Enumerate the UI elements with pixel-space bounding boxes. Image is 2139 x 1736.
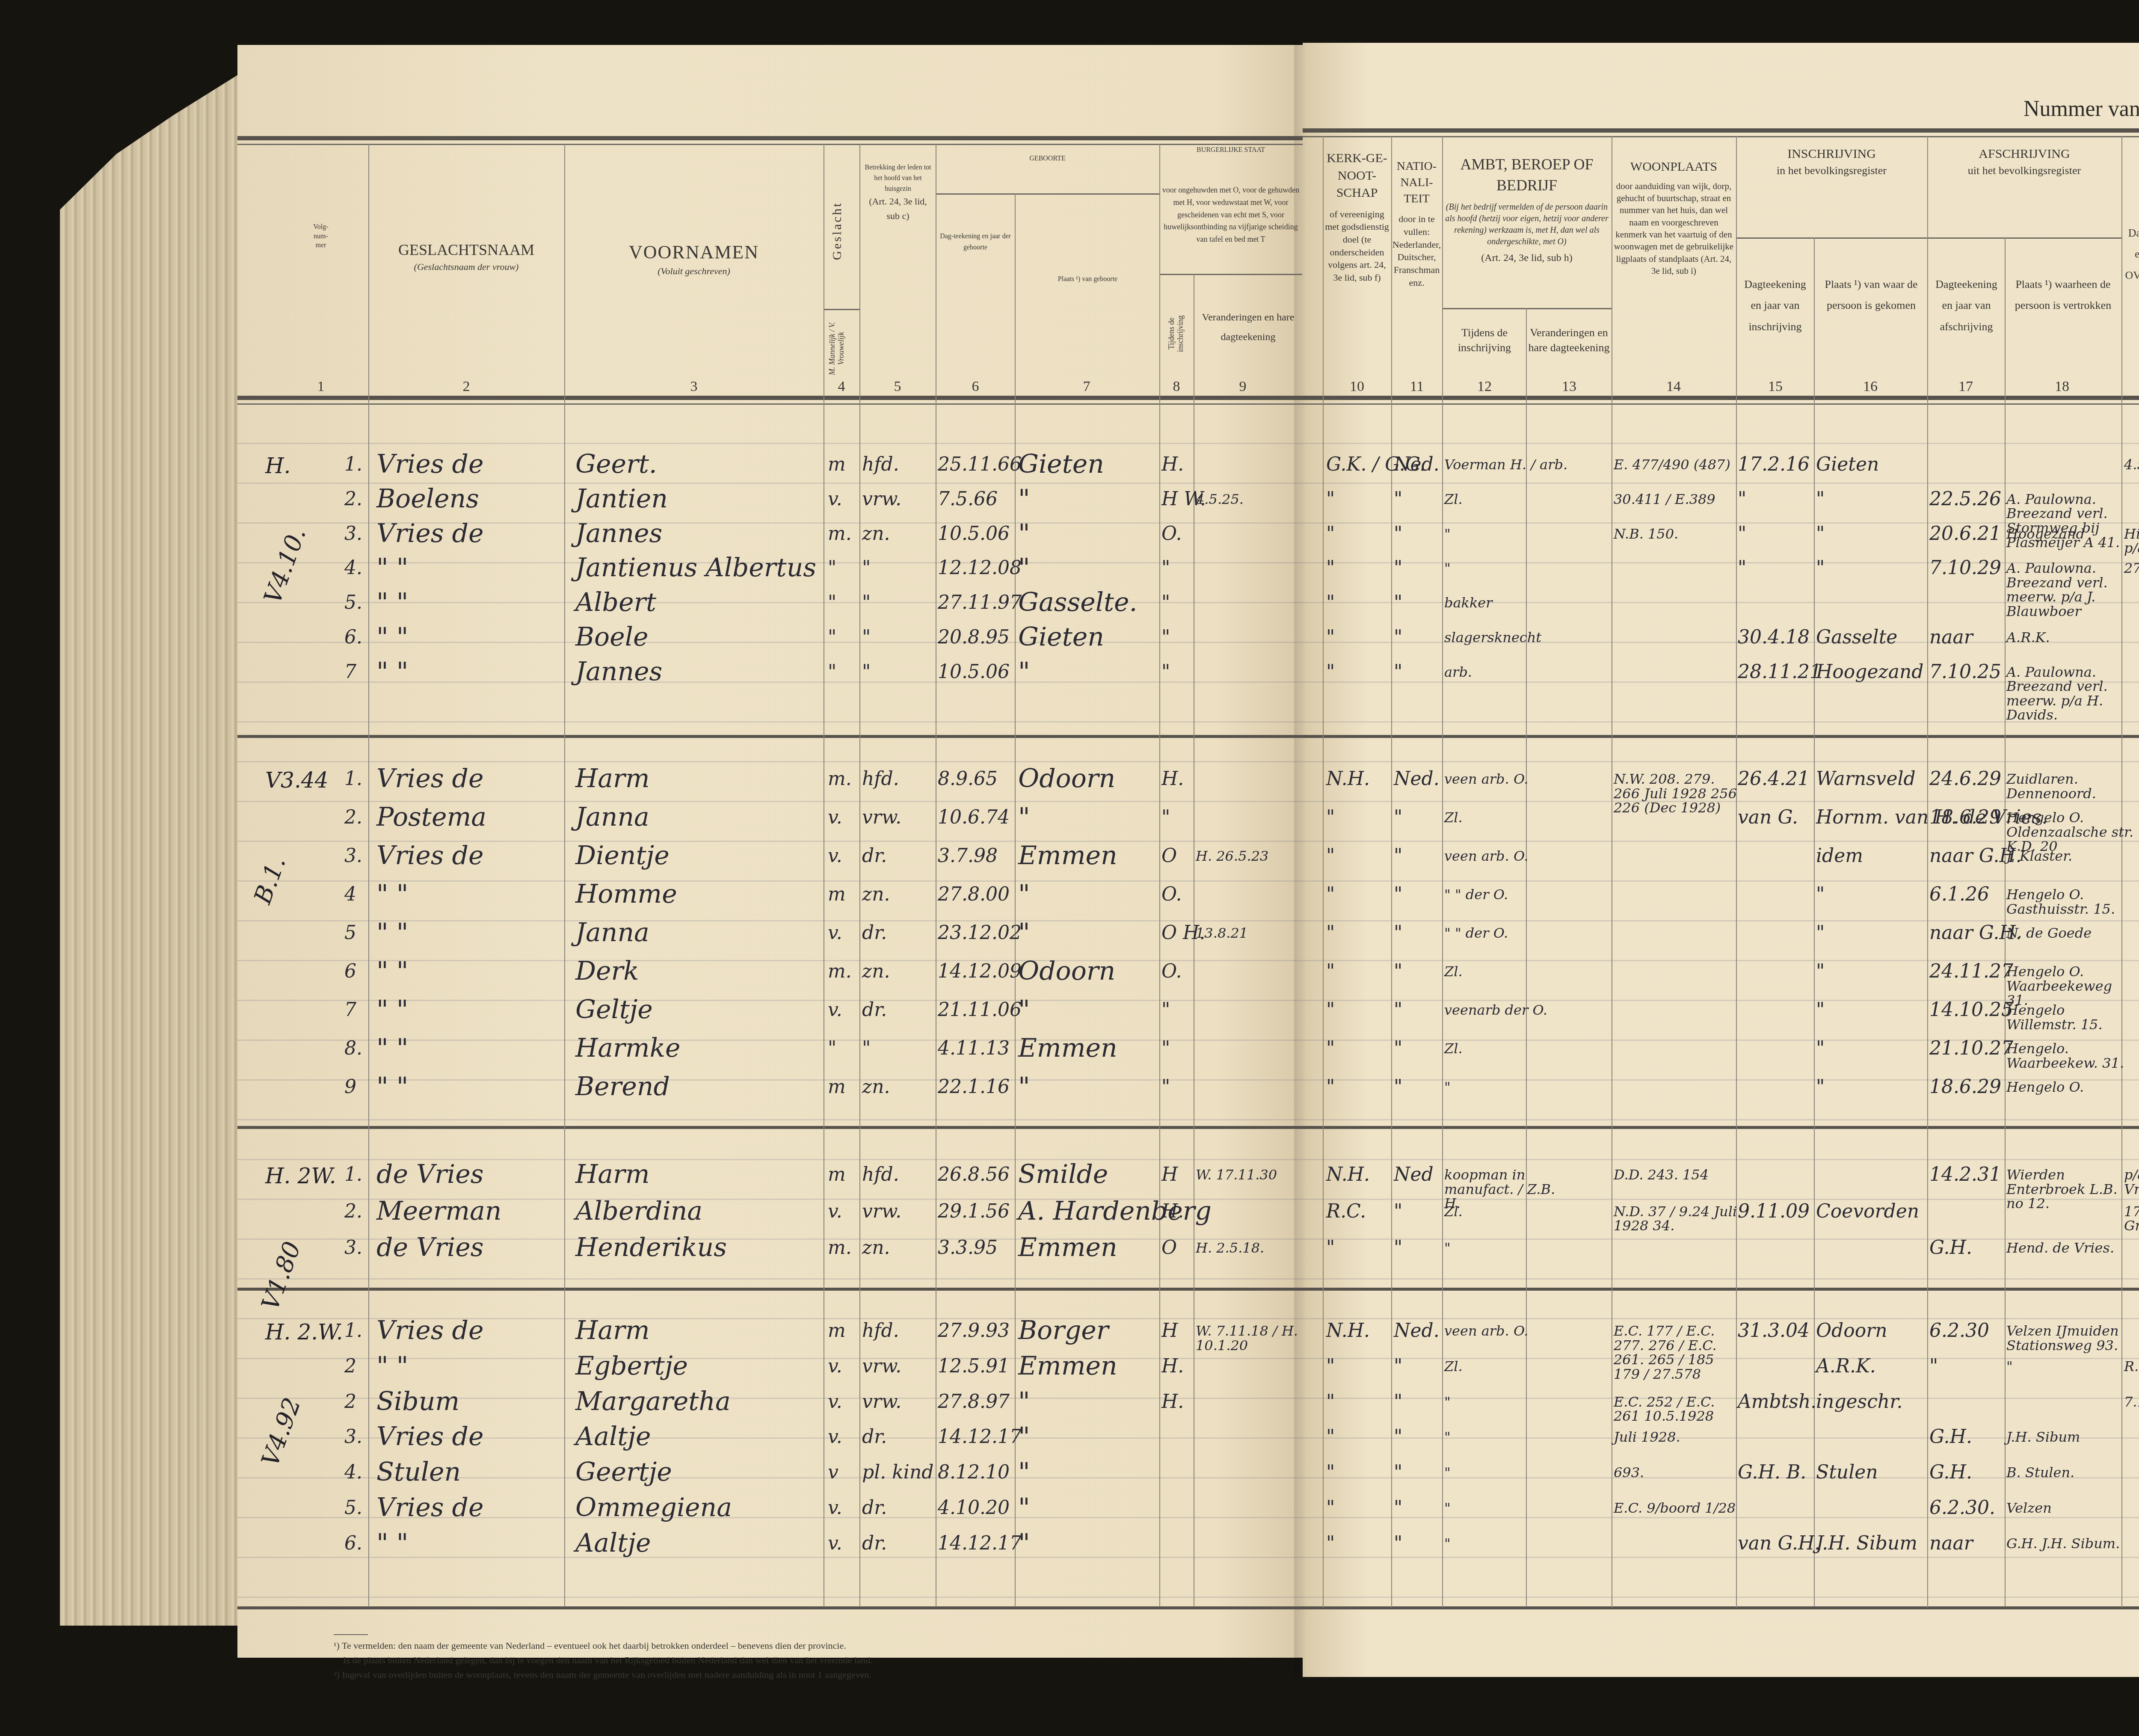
cell-surname: Stulen — [376, 1457, 461, 1487]
cell-afs-date: G.H. — [1929, 1426, 1972, 1448]
cell-relation: dr. — [862, 999, 887, 1021]
cell-surname: " " — [376, 553, 408, 583]
cell-relation: zn. — [862, 883, 890, 905]
cell-death: 4.5.25 — [2124, 458, 2139, 472]
cell-residence: N.D. 37 / 9.24 Juli 1928 34. — [1614, 1205, 1742, 1233]
cell-civil: " — [1161, 592, 1170, 613]
cell-surname: Vries de — [376, 841, 484, 871]
cell-civil: O. — [1161, 883, 1182, 905]
cell-nr: 6. — [344, 626, 362, 648]
cell-given: Jantienus Albertus — [575, 553, 816, 583]
cell-occupation: " — [1444, 1501, 1451, 1516]
cell-church: " — [1326, 488, 1335, 510]
cell-birth-place: " — [1018, 1072, 1030, 1102]
cell-occupation: Zl. — [1444, 1360, 1463, 1374]
col-line — [1391, 136, 1392, 1608]
cell-church: " — [1326, 523, 1335, 545]
col-number: 6 — [954, 379, 997, 395]
page-stack-edge — [60, 68, 248, 1626]
cell-residence: Juli 1928. — [1614, 1430, 1680, 1445]
cell-occupation: " — [1444, 1466, 1451, 1480]
cell-nationality: " — [1394, 1426, 1402, 1448]
header-top-rule — [237, 136, 1303, 140]
cell-church: " — [1326, 806, 1335, 828]
cell-surname: Boelens — [376, 484, 479, 514]
cell-birth-date: 27.9.93 — [938, 1320, 1010, 1342]
cell-afs-place: Hend. de Vries. — [2006, 1241, 2114, 1256]
cell-afs-place: J.H. Sibum — [2006, 1430, 2080, 1445]
cell-given: Berend — [575, 1072, 670, 1102]
cell-afs-place: Hengelo O. — [2006, 1080, 2084, 1095]
cell-occupation: veenarb der O. — [1444, 1003, 1547, 1018]
cell-given: Harm — [575, 1159, 650, 1189]
cell-given: Henderikus — [575, 1232, 727, 1262]
cell-afs-date: 18.6.29 — [1929, 1076, 2001, 1098]
cell-afs-place: Hengelo O. Oldenzaalsche str. K.D. 20 — [2006, 811, 2135, 854]
cell-nationality: " — [1394, 626, 1402, 648]
cell-ins-date: van G.H. — [1738, 1532, 1820, 1554]
cell-birth-date: 8.9.65 — [938, 768, 998, 790]
cell-surname: " " — [376, 1033, 408, 1063]
cell-sex: " — [828, 557, 836, 579]
cell-nr: 5. — [344, 1497, 362, 1519]
cell-sex: v. — [828, 1426, 842, 1448]
cell-occupation: veen arb. O. — [1444, 772, 1528, 787]
cell-surname: Vries de — [376, 764, 484, 794]
cell-birth-date: 3.3.95 — [938, 1237, 998, 1259]
cell-nr: 3. — [344, 1426, 362, 1448]
cell-surname: Vries de — [376, 1493, 484, 1523]
cell-afs-place: J. Klaster. — [2006, 849, 2072, 864]
cell-relation: zn. — [862, 1076, 890, 1098]
cell-nr: 2. — [344, 1200, 362, 1222]
sheet-number-label: Nummer van het blad — [2023, 96, 2139, 121]
cell-nr: 1. — [344, 1320, 362, 1342]
cell-afs-date: G.H. — [1929, 1461, 1972, 1483]
cell-ins-date: Ambtsh. — [1738, 1391, 1816, 1413]
cell-residence: 693. — [1614, 1466, 1644, 1480]
cell-church: " — [1326, 661, 1335, 683]
cell-relation: dr. — [862, 845, 887, 867]
cell-birth-date: 20.8.95 — [938, 626, 1010, 648]
cell-ins-date: 30.4.18 — [1738, 626, 1810, 648]
cell-given: Jannes — [575, 657, 662, 687]
cell-nationality: " — [1394, 960, 1402, 982]
cell-sex: v. — [828, 1532, 842, 1554]
header-top-rule-right — [1303, 128, 2139, 133]
cell-relation: vrw. — [862, 1355, 901, 1377]
cell-birth-place: " — [1018, 802, 1030, 832]
cell-church: " — [1326, 1237, 1335, 1259]
col5-header: Betrekking der leden tot het hoofd van h… — [862, 163, 934, 224]
col15-header: Dagteekening en jaar van inschrijving — [1738, 274, 1813, 337]
cell-sex: m. — [828, 523, 852, 545]
cell-given: Janna — [575, 802, 649, 832]
cell-nationality: " — [1394, 1200, 1402, 1222]
cell-nr: 1. — [344, 768, 362, 790]
cell-ins-place: " — [1816, 523, 1825, 545]
burgerlijke-staat-group-header: BURGERLIJKE STAAT — [1160, 145, 1301, 155]
cell-ins-place: " — [1816, 1037, 1825, 1059]
cell-relation: hfd. — [862, 1320, 899, 1342]
cell-afs-place: Hengelo O. Waarbeekeweg 31. — [2006, 965, 2135, 1008]
cell-death: 17.11.30 Groningen — [2124, 1205, 2139, 1233]
cell-nr: 2. — [344, 806, 362, 828]
cell-afs-place: Hoogezand — [2006, 527, 2085, 542]
cell-given: Jannes — [575, 518, 662, 548]
cell-occupation: " — [1444, 1395, 1451, 1410]
cell-given: Albert — [575, 587, 656, 617]
cell-nr: 7 — [344, 661, 356, 683]
cell-birth-date: 3.7.98 — [938, 845, 998, 867]
cell-relation: hfd. — [862, 453, 899, 475]
cell-nr: 2 — [344, 1355, 356, 1377]
cell-afs-date: naar — [1929, 626, 1973, 648]
cell-afs-place: Velzen — [2006, 1501, 2052, 1516]
cell-given: Harmke — [575, 1033, 681, 1063]
cell-ins-date: 9.11.09 — [1738, 1200, 1810, 1222]
cell-surname: " " — [376, 622, 408, 652]
cell-nationality: " — [1394, 1237, 1402, 1259]
cell-relation: dr. — [862, 922, 887, 944]
cell-sex: v. — [828, 1355, 842, 1377]
cell-church: " — [1326, 1037, 1335, 1059]
cell-birth-date: 14.12.17 — [938, 1426, 1022, 1448]
cell-birth-date: 26.8.56 — [938, 1164, 1010, 1185]
cell-sex: " — [828, 661, 836, 683]
cell-ins-date: 17.2.16 — [1738, 453, 1810, 475]
cell-ins-place: " — [1816, 999, 1825, 1021]
col-line — [1612, 136, 1612, 1608]
cell-nationality: " — [1394, 1461, 1402, 1483]
inschrijving-group-rule — [1736, 237, 1927, 239]
cell-church: " — [1326, 1391, 1335, 1413]
cell-birth-place: " — [1018, 657, 1030, 687]
cell-nr: 6 — [344, 960, 356, 982]
cell-relation: " — [862, 626, 871, 648]
col-line — [824, 144, 824, 1607]
geboorte-group-rule — [936, 193, 1159, 195]
cell-afs-date: 14.10.25 — [1929, 999, 2013, 1021]
cell-civil: " — [1161, 557, 1170, 579]
geboorte-group-header: GEBOORTE — [936, 154, 1159, 163]
cell-afs-date: 21.10.27 — [1929, 1037, 2013, 1059]
cell-ins-place: Coevorden — [1816, 1200, 1919, 1222]
cell-occupation: arb. — [1444, 665, 1472, 680]
col-line — [368, 144, 369, 1607]
cell-afs-date: 14.2.31 — [1929, 1164, 2001, 1185]
cell-birth-date: 7.5.66 — [938, 488, 998, 510]
cell-occupation: Zl. — [1444, 492, 1463, 507]
table-bottom-rule — [237, 1606, 2139, 1609]
col-number: 2 — [445, 379, 488, 395]
cell-church: N.H. — [1326, 1164, 1370, 1185]
family-margin-note: H. 2W. — [265, 1164, 336, 1188]
cell-residence: E.C. 252 / E.C. 261 10.5.1928 — [1614, 1395, 1742, 1424]
cell-afs-date: naar — [1929, 1532, 1973, 1554]
cell-civil: O. — [1161, 523, 1182, 545]
footnote-2: ²) Ingeval van overlijden buiten de woon… — [334, 1668, 873, 1682]
cell-afs-place: A. Paulowna. Breezand verl. meerw. p/a J… — [2006, 561, 2135, 619]
cell-civil: H — [1161, 1320, 1178, 1342]
col-line — [1736, 136, 1737, 1608]
cell-birth-place: " — [1018, 1386, 1030, 1416]
cell-afs-date: 18.6.29 — [1929, 806, 2001, 828]
cell-afs-place: G.H. J.H. Sibum. — [2006, 1537, 2120, 1551]
cell-ins-place: " — [1816, 922, 1825, 944]
cell-nationality: " — [1394, 1391, 1402, 1413]
cell-residence: N.B. 150. — [1614, 527, 1678, 542]
cell-given: Derk — [575, 956, 639, 986]
col11-header: NATIO-NALI-TEIT door in te vullen: Neder… — [1392, 158, 1441, 289]
header-top-rule-right-thin — [1303, 136, 2139, 137]
ambt-group-rule — [1442, 308, 1612, 309]
cell-death: R.v.A — [2124, 1360, 2139, 1374]
cell-birth-place: Emmen — [1018, 1232, 1117, 1262]
cell-birth-place: " — [1018, 1493, 1030, 1523]
cell-relation: pl. kind — [862, 1461, 933, 1483]
footnote-1: ¹) Te vermelden: den naam der gemeente v… — [334, 1638, 873, 1653]
cell-ins-place: Warnsveld — [1816, 768, 1916, 790]
col4-header: Geslacht — [830, 167, 844, 295]
cell-residence: D.D. 243. 154 — [1614, 1168, 1709, 1182]
col-number: 5 — [876, 379, 919, 395]
cell-occupation: bakker — [1444, 596, 1493, 610]
cell-birth-date: 4.10.20 — [938, 1497, 1010, 1519]
cell-occupation: slagersknecht — [1444, 631, 1541, 645]
cell-ins-place: " — [1816, 1076, 1825, 1098]
cell-ins-place: A.R.K. — [1816, 1355, 1876, 1377]
col-number: 10 — [1336, 379, 1378, 395]
cell-surname: " " — [376, 657, 408, 687]
cell-nationality: Ned. — [1394, 1320, 1440, 1342]
cell-civil: " — [1161, 1076, 1170, 1098]
cell-church: " — [1326, 1532, 1335, 1554]
cell-relation: dr. — [862, 1532, 887, 1554]
cell-nationality: " — [1394, 592, 1402, 613]
cell-ins-date: " — [1738, 523, 1746, 545]
cell-civil: H. — [1161, 1391, 1184, 1413]
cell-civil-change: W. 17.11.30 — [1196, 1168, 1277, 1182]
col-line — [1015, 193, 1016, 1607]
cell-sex: v — [828, 1461, 838, 1483]
cell-death: 27.3.18. — [2124, 561, 2139, 576]
cell-occupation: " — [1444, 1537, 1451, 1551]
cell-church: N.H. — [1326, 768, 1370, 790]
cell-relation: dr. — [862, 1426, 887, 1448]
afschrijving-group-header: AFSCHRIJVING uit het bevolkingsregister — [1928, 145, 2121, 178]
cell-afs-place: Velzen IJmuiden Stationsweg 93. — [2006, 1324, 2135, 1353]
col-number: 1 — [299, 379, 342, 395]
cell-given: Aaltje — [575, 1528, 651, 1558]
cell-nr: 3. — [344, 523, 362, 545]
col1-header: Volg- num- mer — [291, 222, 351, 250]
col18-header: Plaats ¹) waarheen de persoon is vertrok… — [2006, 274, 2120, 316]
cell-nationality: " — [1394, 523, 1402, 545]
cell-surname: " " — [376, 918, 408, 948]
cell-birth-place: Borger — [1018, 1315, 1109, 1345]
cell-birth-place: Gasselte. — [1018, 587, 1138, 617]
cell-birth-date: 10.6.74 — [938, 806, 1010, 828]
cell-afs-date: " — [1929, 1355, 1938, 1377]
cell-relation: vrw. — [862, 806, 901, 828]
cell-birth-place: " — [1018, 518, 1030, 548]
cell-church: " — [1326, 626, 1335, 648]
cell-given: Homme — [575, 879, 677, 909]
cell-church: " — [1326, 1076, 1335, 1098]
cell-birth-date: 27.11.97 — [938, 592, 1022, 613]
cell-surname: Vries de — [376, 518, 484, 548]
cell-ins-date: 31.3.04 — [1738, 1320, 1810, 1342]
cell-given: Ommegiena — [575, 1493, 732, 1523]
col-line — [1526, 308, 1527, 1607]
cell-ins-place: J.H. Sibum — [1816, 1532, 1917, 1554]
cell-surname: " " — [376, 995, 408, 1025]
cell-surname: de Vries — [376, 1159, 484, 1189]
cell-sex: v. — [828, 1497, 842, 1519]
cell-surname: " " — [376, 1351, 408, 1381]
cell-church: R.C. — [1326, 1200, 1366, 1222]
cell-relation: " — [862, 557, 871, 579]
col2-header: GESLACHTSNAAM (Geslachtsnaam der vrouw) — [368, 240, 564, 273]
footnotes: ¹) Te vermelden: den naam der gemeente v… — [334, 1634, 873, 1682]
col12-header: Tijdens de inschrijving — [1444, 325, 1525, 355]
cell-birth-place: " — [1018, 484, 1030, 514]
cell-given: Egbertje — [575, 1351, 688, 1381]
cell-ins-place: Gasselte — [1816, 626, 1897, 648]
cell-civil: H. — [1161, 768, 1184, 790]
col-number: 14 — [1652, 379, 1695, 395]
cell-surname: de Vries — [376, 1232, 484, 1262]
col-line — [1159, 144, 1160, 1607]
cell-ins-date: " — [1738, 488, 1746, 510]
cell-ins-place: Hoogezand — [1816, 661, 1923, 683]
cell-ins-place: " — [1816, 960, 1825, 982]
cell-occupation: " — [1444, 1430, 1451, 1445]
col-number: 8 — [1155, 379, 1198, 395]
cell-residence: E. 477/490 (487) — [1614, 458, 1730, 472]
cell-nationality: Ned. — [1394, 453, 1440, 475]
cell-nationality: " — [1394, 845, 1402, 867]
cell-birth-date: 27.8.00 — [938, 883, 1010, 905]
cell-birth-date: 27.8.97 — [938, 1391, 1010, 1413]
cell-ins-place: " — [1816, 488, 1825, 510]
cell-birth-date: 4.11.13 — [938, 1037, 1010, 1059]
cell-surname: Meerman — [376, 1196, 501, 1226]
col-line — [1323, 136, 1324, 1608]
cell-birth-place: Emmen — [1018, 1033, 1117, 1063]
cell-relation: vrw. — [862, 488, 901, 510]
cell-residence: E.C. 9/boord 1/28 — [1614, 1501, 1736, 1516]
cell-occupation: koopman in manufact. / Z.B. H. — [1444, 1168, 1573, 1211]
cell-nationality: " — [1394, 661, 1402, 683]
cell-civil: H. — [1161, 1200, 1184, 1222]
cell-nationality: " — [1394, 1532, 1402, 1554]
cell-sex: m. — [828, 960, 852, 982]
cell-nr: 8. — [344, 1037, 362, 1059]
cell-afs-date: 7.10.25 — [1929, 661, 2001, 683]
cell-church: " — [1326, 883, 1335, 905]
cell-sex: v. — [828, 845, 842, 867]
header-top-rule-thin — [237, 144, 1303, 145]
cell-birth-date: 12.5.91 — [938, 1355, 1010, 1377]
cell-afs-place: Wierden Enterbroek L.B. no 12. — [2006, 1168, 2135, 1211]
cell-occupation: " " der O. — [1444, 888, 1508, 902]
cell-birth-place: Odoorn — [1018, 764, 1115, 794]
cell-nationality: " — [1394, 1037, 1402, 1059]
cell-occupation: " " der O. — [1444, 926, 1508, 941]
cell-afs-place: Hengelo Willemstr. 15. — [2006, 1003, 2135, 1032]
col-number: 9 — [1221, 379, 1264, 395]
cell-nr: 4 — [344, 883, 356, 905]
cell-sex: v. — [828, 1200, 842, 1222]
burgerlijke-staat-legend: voor ongehuwden met O, voor de gehuwden … — [1160, 184, 1301, 246]
cell-civil: " — [1161, 661, 1170, 683]
col-number: 3 — [673, 379, 715, 395]
cell-afs-place: Zuidlaren. Dennenoord. — [2006, 772, 2135, 801]
cell-birth-date: 14.12.09 — [938, 960, 1022, 982]
cell-sex: " — [828, 626, 836, 648]
cell-nr: 1. — [344, 453, 362, 475]
cell-nr: 6. — [344, 1532, 362, 1554]
col3-header: VOORNAMEN (Voluit geschreven) — [564, 240, 824, 278]
cell-sex: m. — [828, 1237, 852, 1259]
inschrijving-group-header: INSCHRIJVING in het bevolkingsregister — [1737, 145, 1926, 178]
cell-ins-place: Stulen — [1816, 1461, 1878, 1483]
cell-birth-date: 14.12.17 — [938, 1532, 1022, 1554]
cell-birth-place: " — [1018, 879, 1030, 909]
cell-nationality: Ned. — [1394, 768, 1440, 790]
cell-ins-date: 26.4.21 — [1738, 768, 1810, 790]
col-line — [936, 144, 936, 1607]
cell-birth-date: 10.5.06 — [938, 523, 1010, 545]
cell-church: N.H. — [1326, 1320, 1370, 1342]
cell-birth-place: Emmen — [1018, 841, 1117, 871]
cell-civil-change: 13.8.21 — [1196, 926, 1248, 941]
cell-surname: Postema — [376, 802, 486, 832]
col6-header: Dag-teekening en jaar der geboorte — [939, 231, 1012, 253]
cell-nr: 3. — [344, 845, 362, 867]
col10-header: KERK-GE-NOOT-SCHAP of vereeniging met go… — [1324, 150, 1390, 284]
cell-death: 7.11.18 — [2124, 1395, 2139, 1410]
cell-nr: 2 — [344, 1391, 356, 1413]
cell-nr: 5 — [344, 922, 356, 944]
cell-birth-place: " — [1018, 553, 1030, 583]
cell-ins-place: Gieten — [1816, 453, 1879, 475]
cell-surname: Sibum — [376, 1386, 459, 1416]
cell-church: " — [1326, 557, 1335, 579]
cell-nr: 2. — [344, 488, 362, 510]
cell-civil: " — [1161, 999, 1170, 1021]
cell-civil-change: W. 7.11.18 / H. 10.1.20 — [1196, 1324, 1324, 1353]
cell-sex: m — [828, 1320, 846, 1342]
cell-nationality: " — [1394, 557, 1402, 579]
col9-header: Veranderingen en hare dagteekening — [1196, 308, 1301, 347]
cell-ins-place: idem — [1816, 845, 1863, 867]
cell-occupation: " — [1444, 1080, 1451, 1095]
cell-nationality: " — [1394, 1076, 1402, 1098]
cell-afs-date: 6.1.26 — [1929, 883, 1989, 905]
cell-church: " — [1326, 1497, 1335, 1519]
cell-nationality: " — [1394, 488, 1402, 510]
cell-given: Jantien — [575, 484, 668, 514]
cell-death: Hiel Winde wer. p/a L. Boelens — [2124, 527, 2139, 556]
cell-nr: 7 — [344, 999, 356, 1021]
cell-given: Margaretha — [575, 1386, 731, 1416]
cell-sex: m — [828, 453, 846, 475]
cell-birth-date: 22.1.16 — [938, 1076, 1010, 1098]
cell-afs-date: 20.6.21 — [1929, 523, 2001, 545]
